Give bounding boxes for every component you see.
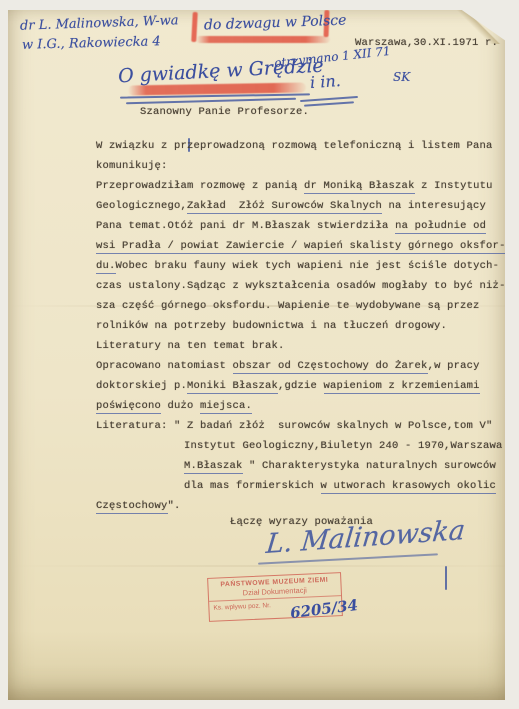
pen-underlined-text: wapieniom z krzemieniami [324, 380, 480, 394]
typed-text: " Charakterystyka naturalnych surowców [243, 460, 497, 472]
typed-text: ,w pracy [428, 360, 480, 372]
salutation: Szanowny Panie Profesorze. [140, 106, 309, 118]
typed-line: Opracowano natomiast obszar od Częstocho… [96, 356, 500, 376]
pen-underlined-text: Zakład Złóż Surowców Skalnych [187, 200, 382, 214]
pen-underlined-text: obszar od Częstochowy do Żarek [233, 360, 428, 374]
pen-stroke-mark [445, 566, 447, 590]
handwritten-sender-line1: dr L. Malinowska, W-wa [20, 13, 179, 34]
typed-line: Częstochowy". [96, 496, 500, 516]
pen-underlined-text: Częstochowy [96, 500, 168, 514]
pen-underlined-text: M.Błaszak [184, 460, 243, 474]
pen-underlined-text: Moniki Błaszak [187, 380, 278, 394]
typed-text: z Instytutu [415, 180, 493, 192]
typed-line: dla mas formierskich w utworach krasowyc… [184, 476, 500, 496]
handwritten-subject-extra: i in. [309, 71, 341, 92]
typed-line: Literatura: " Z badań złóż surowców skal… [96, 416, 500, 436]
pen-underline-stroke [126, 98, 296, 104]
pen-underlined-text: wsi Pradła / powiat Zawiercie / wapień s… [96, 240, 506, 254]
typed-line: Geologicznego,Zakład Złóż Surowców Skaln… [96, 196, 500, 216]
pen-underlined-text: w utworach krasowych okolic [321, 480, 497, 494]
typed-text: doktorskiej p. [96, 380, 187, 392]
typed-line: poświęcono dużo miejsca. [96, 396, 500, 416]
pen-underline-stroke [304, 101, 354, 106]
typed-text: rolników na potrzeby budownictwa i na tł… [96, 320, 447, 332]
pen-underlined-text: na południe od [395, 220, 486, 234]
typed-text: komunikuję: [96, 160, 168, 172]
typed-line: sza część górnego oksfordu. Wapienie te … [96, 296, 500, 316]
red-box-bottom-mark [196, 36, 330, 43]
paper-crease [8, 565, 505, 567]
typed-text: ". [168, 500, 181, 512]
typed-text: Literatura: " Z badań złóż surowców skal… [96, 420, 493, 432]
paper-sheet: dr L. Malinowska, W-wa w I.G., Rakowieck… [8, 10, 505, 700]
pen-underlined-text: dr Moniką Błaszak [304, 180, 415, 194]
typed-text: Opracowano natomiast [96, 360, 233, 372]
typed-line: W związku z przeprowadzoną rozmową telef… [96, 136, 500, 156]
typed-line: wsi Pradła / powiat Zawiercie / wapień s… [96, 236, 500, 256]
typed-line: Przeprowadziłam rozmowę z panią dr Monik… [96, 176, 500, 196]
pen-underlined-text: miejsca. [200, 400, 252, 414]
typed-text: Pana temat.Otóż pani dr M.Błaszak stwier… [96, 220, 395, 232]
typed-line: rolników na potrzeby budownictwa i na tł… [96, 316, 500, 336]
handwritten-received-initials: SK [393, 70, 410, 84]
typed-text: na interesujący [382, 200, 486, 212]
typed-text: Instytut Geologiczny,Biuletyn 240 - 1970… [184, 440, 503, 452]
scanned-letter-page: dr L. Malinowska, W-wa w I.G., Rakowieck… [0, 0, 519, 709]
pen-underlined-text: poświęcono [96, 400, 161, 414]
handwritten-sender-line2: w I.G., Rakowiecka 4 [22, 34, 161, 53]
typed-line: du.Wobec braku fauny wiek tych wapieni n… [96, 256, 500, 276]
typed-text: dla mas formierskich [184, 480, 321, 492]
typed-line: M.Błaszak " Charakterystyka naturalnych … [184, 456, 500, 476]
typed-line: czas ustalony.Sądząc z wykształcenia osa… [96, 276, 500, 296]
typed-text: Przeprowadziłam rozmowę z panią [96, 180, 304, 192]
typed-text: Geologicznego, [96, 200, 187, 212]
typed-text: Wobec braku fauny wiek tych wapieni nie … [116, 260, 500, 272]
typed-line: Instytut Geologiczny,Biuletyn 240 - 1970… [184, 436, 500, 456]
typed-text: ,gdzie [278, 380, 324, 392]
typed-line: komunikuję: [96, 156, 500, 176]
letter-body: W związku z przeprowadzoną rozmową telef… [96, 136, 500, 516]
typed-text: dużo [161, 400, 200, 412]
typed-line: Pana temat.Otóż pani dr M.Błaszak stwier… [96, 216, 500, 236]
typed-line: Literatury na ten temat brak. [96, 336, 500, 356]
typed-text: sza część górnego oksfordu. Wapienie te … [96, 300, 480, 312]
typed-text: czas ustalony.Sądząc z wykształcenia osa… [96, 280, 506, 292]
typed-text: Literatury na ten temat brak. [96, 340, 285, 352]
typed-line: doktorskiej p.Moniki Błaszak,gdzie wapie… [96, 376, 500, 396]
pen-underlined-text: du. [96, 260, 116, 274]
typed-text: W związku z przeprowadzoną rozmową telef… [96, 140, 493, 152]
